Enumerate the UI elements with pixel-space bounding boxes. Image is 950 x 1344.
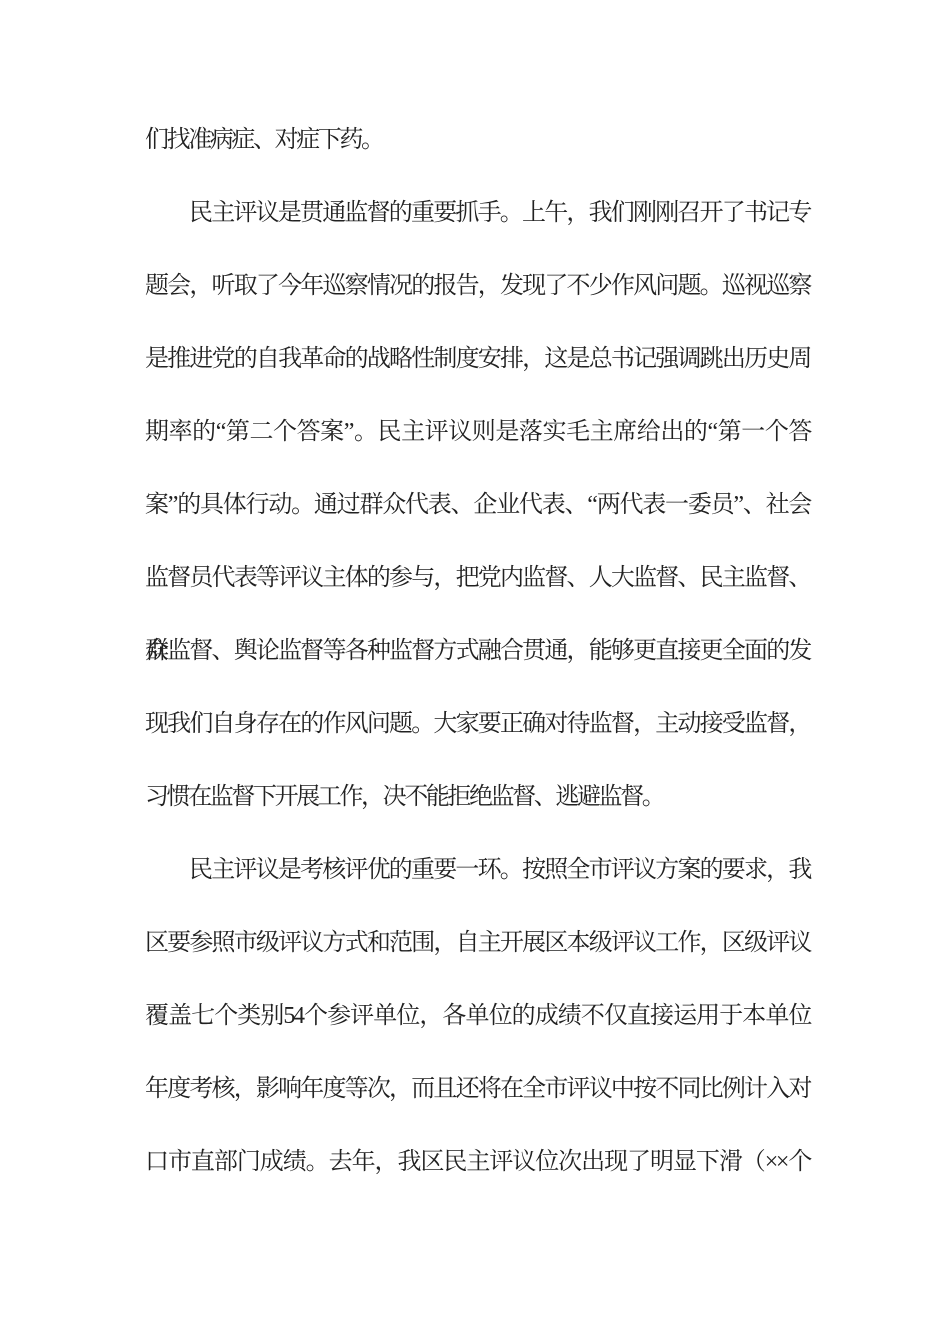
text-line: 覆盖七个类别54个参评单位，各单位的成绩不仅直接运用于本单位 [145, 980, 810, 1053]
text-line: 们找准病症、对症下药。 [145, 104, 810, 177]
paragraph: 民主评议是考核评优的重要一环。按照全市评议方案的要求，我区要参照市级评议方式和范… [145, 834, 810, 1199]
text-line: 题会，听取了今年巡察情况的报告，发现了不少作风问题。巡视巡察 [145, 250, 810, 323]
text-line: 案”的具体行动。通过群众代表、企业代表、“两代表一委员”、社会 [145, 469, 810, 542]
paragraph: 们找准病症、对症下药。 [145, 104, 810, 177]
text-line: 现我们自身存在的作风问题。大家要正确对待监督，主动接受监督， [145, 688, 810, 761]
document-page: 们找准病症、对症下药。民主评议是贯通监督的重要抓手。上午，我们刚刚召开了书记专题… [0, 0, 950, 1344]
text-line: 是推进党的自我革命的战略性制度安排，这是总书记强调跳出历史周 [145, 323, 810, 396]
text-line: 民主评议是考核评优的重要一环。按照全市评议方案的要求，我 [145, 834, 810, 907]
text-line: 监督员代表等评议主体的参与，把党内监督、人大监督、民主监督、群 [145, 542, 810, 615]
text-line: 民主评议是贯通监督的重要抓手。上午，我们刚刚召开了书记专 [145, 177, 810, 250]
document-content: 们找准病症、对症下药。民主评议是贯通监督的重要抓手。上午，我们刚刚召开了书记专题… [145, 104, 810, 1199]
paragraph: 民主评议是贯通监督的重要抓手。上午，我们刚刚召开了书记专题会，听取了今年巡察情况… [145, 177, 810, 834]
text-line: 众监督、舆论监督等各种监督方式融合贯通，能够更直接更全面的发 [145, 615, 810, 688]
text-line: 区要参照市级评议方式和范围，自主开展区本级评议工作，区级评议 [145, 907, 810, 980]
text-line: 习惯在监督下开展工作，决不能拒绝监督、逃避监督。 [145, 761, 810, 834]
text-line: 年度考核，影响年度等次，而且还将在全市评议中按不同比例计入对 [145, 1053, 810, 1126]
text-line: 期率的“第二个答案”。民主评议则是落实毛主席给出的“第一个答 [145, 396, 810, 469]
text-line: 口市直部门成绩。去年，我区民主评议位次出现了明显下滑（××个 [145, 1126, 810, 1199]
